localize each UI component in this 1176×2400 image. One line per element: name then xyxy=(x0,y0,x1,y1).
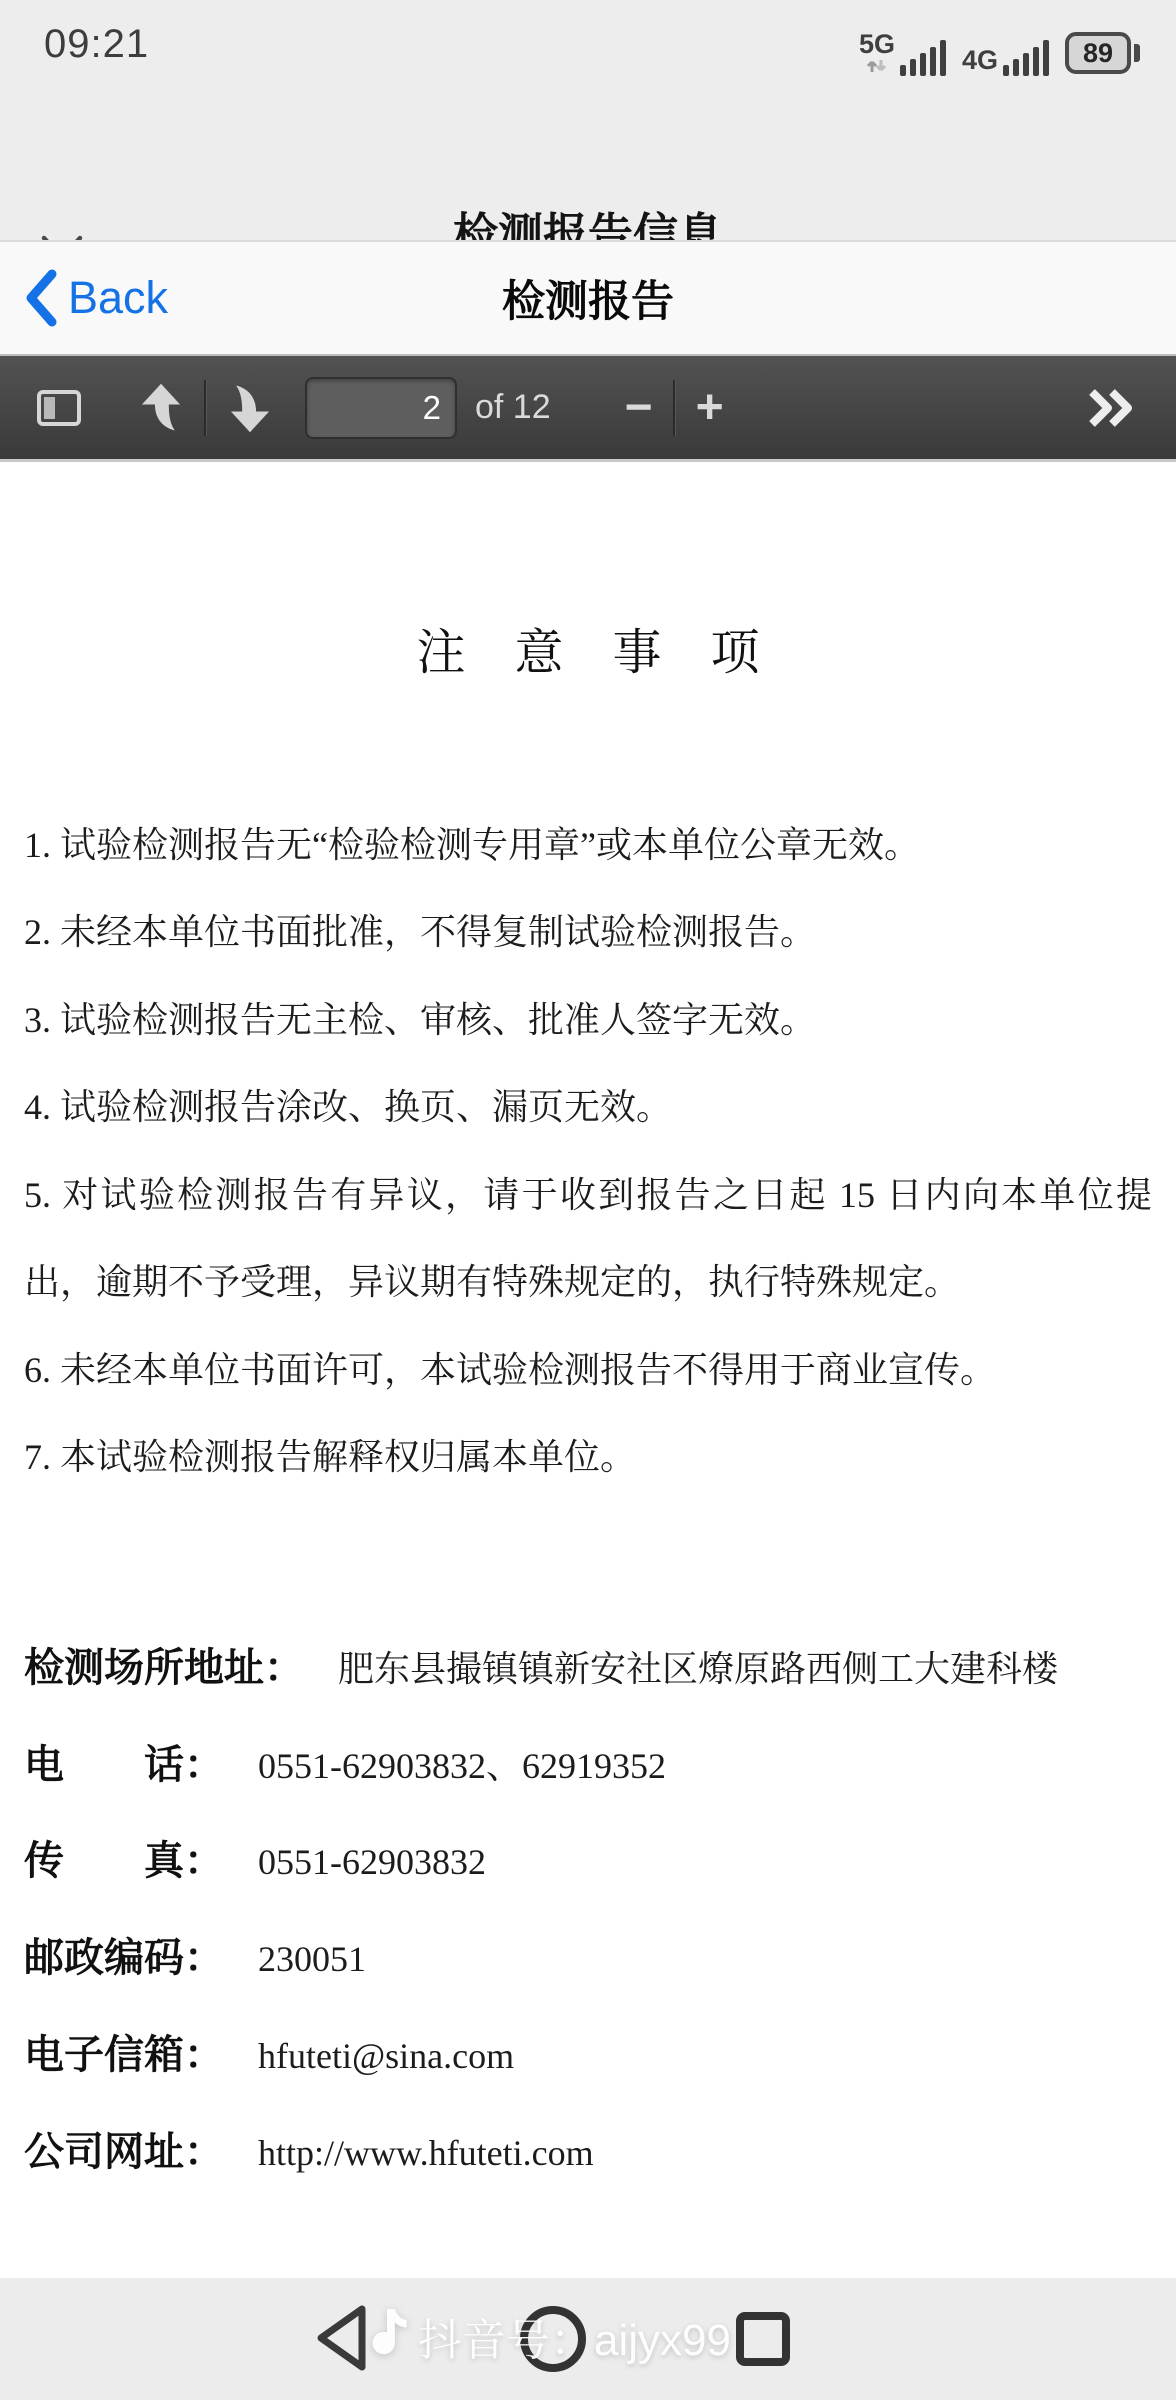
page-down-icon[interactable] xyxy=(227,382,273,434)
app-nav-bar: Back 检测报告 xyxy=(0,240,1176,356)
document-title: 注 意 事 项 xyxy=(24,614,1152,684)
clock: 09:21 xyxy=(44,22,149,67)
toolbar-divider xyxy=(673,380,676,436)
contact-row: 传 真：0551-62903832 xyxy=(24,1813,1152,1910)
android-nav-bar: 抖音号：aijyx99 xyxy=(0,2278,1176,2400)
pdf-toolbar: of 12 − + xyxy=(0,356,1176,462)
page-up-icon[interactable] xyxy=(138,382,184,434)
contact-row: 公司网址：http://www.hfuteti.com xyxy=(24,2104,1152,2201)
sidebar-toggle-icon[interactable] xyxy=(36,385,82,431)
pdf-page: 注 意 事 项 1. 试验检测报告无“检验检测专用章”或本单位公章无效。 2. … xyxy=(0,462,1176,2278)
battery-icon: 89 xyxy=(1065,32,1140,74)
notice-item: 1. 试验检测报告无“检验检测专用章”或本单位公章无效。 xyxy=(24,802,1152,889)
notice-item: 2. 未经本单位书面批准，不得复制试验检测报告。 xyxy=(24,889,1152,976)
page-number-input[interactable] xyxy=(305,377,457,439)
browser-header: 检测报告信息 wx.zgjyjc.cn xyxy=(0,90,1176,240)
contact-row: 电 话：0551-62903832、62919352 xyxy=(24,1717,1152,1814)
battery-level: 89 xyxy=(1083,38,1113,69)
zoom-out-button[interactable]: − xyxy=(625,384,653,432)
network-type-label: 4G xyxy=(962,47,998,74)
toolbar-expand-icon[interactable] xyxy=(1086,386,1140,430)
contact-row: 检测场所地址：肥东县撮镇镇新安社区燎原路西侧工大建科楼 xyxy=(24,1620,1152,1717)
contact-info: 检测场所地址：肥东县撮镇镇新安社区燎原路西侧工大建科楼 电 话：0551-629… xyxy=(24,1620,1152,2201)
notice-item: 3. 试验检测报告无主检、审核、批准人签字无效。 xyxy=(24,977,1152,1064)
page-count-label: of 12 xyxy=(475,388,551,427)
signal-bars-icon xyxy=(900,40,946,76)
contact-row: 电子信箱：hfuteti@sina.com xyxy=(24,2007,1152,2104)
report-title: 检测报告 xyxy=(0,242,1176,354)
zoom-in-button[interactable]: + xyxy=(696,384,724,432)
android-recents-icon[interactable] xyxy=(734,2310,792,2373)
data-activity-icon xyxy=(866,58,888,74)
android-home-icon[interactable] xyxy=(518,2304,588,2379)
notice-item: 7. 本试验检测报告解释权归属本单位。 xyxy=(24,1414,1152,1501)
notice-item: 5. 对试验检测报告有异议，请于收到报告之日起 15 日内向本单位提出，逾期不予… xyxy=(24,1152,1152,1327)
contact-row: 邮政编码：230051 xyxy=(24,1910,1152,2007)
android-back-icon[interactable] xyxy=(312,2302,372,2379)
notice-item: 4. 试验检测报告涂改、换页、漏页无效。 xyxy=(24,1064,1152,1151)
toolbar-divider xyxy=(204,380,207,436)
notice-list: 1. 试验检测报告无“检验检测专用章”或本单位公章无效。 2. 未经本单位书面批… xyxy=(24,802,1152,1502)
douyin-note-icon xyxy=(366,2307,408,2366)
signal-4g: 4G xyxy=(962,40,1049,76)
status-bar: 09:21 5G 4G 89 xyxy=(0,0,1176,90)
signal-5g: 5G xyxy=(859,31,946,76)
network-type-label: 5G xyxy=(859,31,895,58)
signal-bars-icon xyxy=(1003,40,1049,76)
notice-item: 6. 未经本单位书面许可，本试验检测报告不得用于商业宣传。 xyxy=(24,1327,1152,1414)
status-icons: 5G 4G 89 xyxy=(859,16,1140,76)
